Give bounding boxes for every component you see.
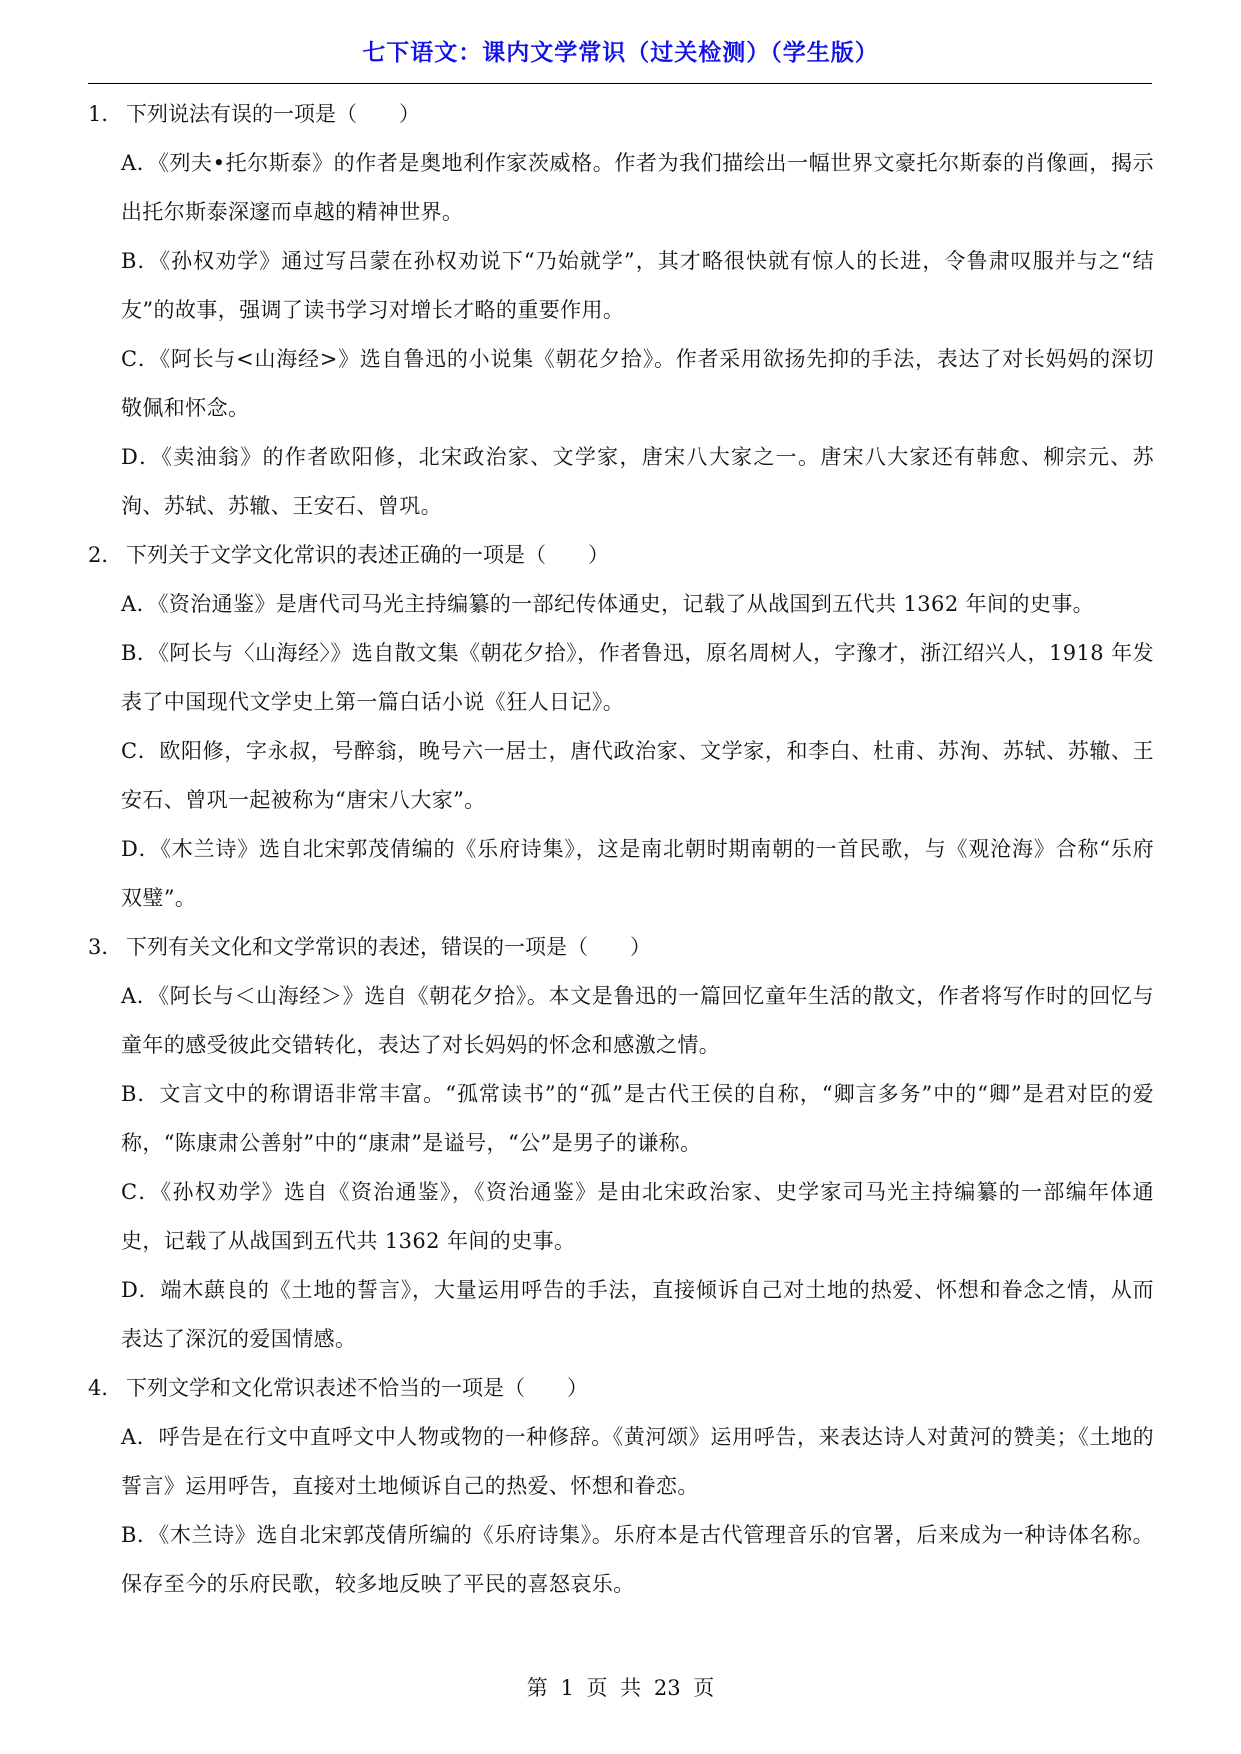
page-title: 七下语文：课内文学常识（过关检测）（学生版） — [0, 34, 1241, 67]
option-a: A．呼告是在行文中直呼文中人物或物的一种修辞。《黄河颂》运用呼告，来表达诗人对黄… — [88, 1413, 1154, 1511]
option-text: 《阿长与<山海经>》选自鲁迅的小说集《朝花夕拾》。作者采用欲扬先抑的手法，表达了… — [121, 347, 1154, 420]
option-label: C． — [121, 1180, 161, 1204]
option-text: 《资治通鉴》是唐代司马光主持编纂的一部纪传体通史，记载了从战国到五代共 1362… — [158, 592, 1094, 616]
option-label: B． — [121, 1523, 159, 1547]
option-text: 《卖油翁》的作者欧阳修，北宋政治家、文学家，唐宋八大家之一。唐宋八大家还有韩愈、… — [121, 445, 1154, 518]
option-text: 《木兰诗》选自北宋郭茂倩编的《乐府诗集》，这是南北朝时期南朝的一首民歌，与《观沧… — [121, 837, 1154, 910]
option-d: D．《卖油翁》的作者欧阳修，北宋政治家、文学家，唐宋八大家之一。唐宋八大家还有韩… — [88, 433, 1154, 531]
question-stem: 4．下列文学和文化常识表述不恰当的一项是（ ） — [88, 1364, 1154, 1413]
option-a: A．《列夫•托尔斯泰》的作者是奥地利作家茨威格。作者为我们描绘出一幅世界文豪托尔… — [88, 139, 1154, 237]
option-c: C．《孙权劝学》选自《资治通鉴》，《资治通鉴》是由北宋政治家、史学家司马光主持编… — [88, 1168, 1154, 1266]
option-text: 《阿长与〈山海经〉》选自散文集《朝花夕拾》，作者鲁迅，原名周树人，字豫才，浙江绍… — [121, 641, 1154, 714]
question-number: 2． — [88, 531, 126, 580]
question-number: 3． — [88, 923, 126, 972]
question-text: 下列文学和文化常识表述不恰当的一项是（ ） — [126, 1376, 588, 1400]
option-label: B． — [121, 1082, 159, 1106]
option-b: B．《阿长与〈山海经〉》选自散文集《朝花夕拾》，作者鲁迅，原名周树人，字豫才，浙… — [88, 629, 1154, 727]
option-label: D． — [121, 1278, 161, 1302]
question-text: 下列说法有误的一项是（ ） — [126, 102, 420, 126]
option-c: C．《阿长与<山海经>》选自鲁迅的小说集《朝花夕拾》。作者采用欲扬先抑的手法，表… — [88, 335, 1154, 433]
option-label: B． — [121, 641, 158, 665]
option-label: C． — [121, 347, 160, 371]
option-text: 文言文中的称谓语非常丰富。“孤常读书”的“孤”是古代王侯的自称，“卿言多务”中的… — [121, 1082, 1154, 1155]
option-text: 《孙权劝学》选自《资治通鉴》，《资治通鉴》是由北宋政治家、史学家司马光主持编纂的… — [121, 1180, 1154, 1253]
option-b: B．《木兰诗》选自北宋郭茂倩所编的《乐府诗集》。乐府本是古代管理音乐的官署，后来… — [88, 1511, 1154, 1609]
question-text: 下列关于文学文化常识的表述正确的一项是（ ） — [126, 543, 609, 567]
option-d: D．端木蕻良的《土地的誓言》，大量运用呼告的手法，直接倾诉自己对土地的热爱、怀想… — [88, 1266, 1154, 1364]
option-c: C．欧阳修，字永叔，号醉翁，晚号六一居士，唐代政治家、文学家，和李白、杜甫、苏洵… — [88, 727, 1154, 825]
option-text: 《阿长与＜山海经＞》选自《朝花夕拾》。本文是鲁迅的一篇回忆童年生活的散文，作者将… — [121, 984, 1154, 1057]
option-text: 《木兰诗》选自北宋郭茂倩所编的《乐府诗集》。乐府本是古代管理音乐的官署，后来成为… — [121, 1523, 1154, 1596]
option-a: A．《阿长与＜山海经＞》选自《朝花夕拾》。本文是鲁迅的一篇回忆童年生活的散文，作… — [88, 972, 1154, 1070]
option-d: D．《木兰诗》选自北宋郭茂倩编的《乐府诗集》，这是南北朝时期南朝的一首民歌，与《… — [88, 825, 1154, 923]
question-stem: 1．下列说法有误的一项是（ ） — [88, 90, 1154, 139]
question-stem: 2．下列关于文学文化常识的表述正确的一项是（ ） — [88, 531, 1154, 580]
option-text: 端木蕻良的《土地的誓言》，大量运用呼告的手法，直接倾诉自己对土地的热爱、怀想和眷… — [121, 1278, 1154, 1351]
option-a: A．《资治通鉴》是唐代司马光主持编纂的一部纪传体通史，记载了从战国到五代共 13… — [88, 580, 1154, 629]
page-number: 第 1 页 共 23 页 — [0, 1672, 1241, 1702]
option-text: 《孙权劝学》通过写吕蒙在孙权劝说下“乃始就学”，其才略很快就有惊人的长进，令鲁肃… — [121, 249, 1154, 322]
question-stem: 3．下列有关文化和文学常识的表述，错误的一项是（ ） — [88, 923, 1154, 972]
question-number: 1． — [88, 90, 126, 139]
option-text: 欧阳修，字永叔，号醉翁，晚号六一居士，唐代政治家、文学家，和李白、杜甫、苏洵、苏… — [121, 739, 1154, 812]
header-divider — [88, 83, 1152, 84]
option-label: A． — [121, 592, 158, 616]
question-1: 1．下列说法有误的一项是（ ） A．《列夫•托尔斯泰》的作者是奥地利作家茨威格。… — [88, 90, 1154, 531]
option-label: A． — [121, 984, 158, 1008]
option-b: B．文言文中的称谓语非常丰富。“孤常读书”的“孤”是古代王侯的自称，“卿言多务”… — [88, 1070, 1154, 1168]
question-list: 1．下列说法有误的一项是（ ） A．《列夫•托尔斯泰》的作者是奥地利作家茨威格。… — [88, 90, 1154, 1609]
option-label: D． — [121, 837, 160, 861]
option-label: C． — [121, 739, 159, 763]
option-label: B． — [121, 249, 160, 273]
question-text: 下列有关文化和文学常识的表述，错误的一项是（ ） — [126, 935, 651, 959]
question-2: 2．下列关于文学文化常识的表述正确的一项是（ ） A．《资治通鉴》是唐代司马光主… — [88, 531, 1154, 923]
question-3: 3．下列有关文化和文学常识的表述，错误的一项是（ ） A．《阿长与＜山海经＞》选… — [88, 923, 1154, 1364]
option-text: 呼告是在行文中直呼文中人物或物的一种修辞。《黄河颂》运用呼告，来表达诗人对黄河的… — [121, 1425, 1154, 1498]
question-4: 4．下列文学和文化常识表述不恰当的一项是（ ） A．呼告是在行文中直呼文中人物或… — [88, 1364, 1154, 1609]
option-label: D． — [121, 445, 161, 469]
option-label: A． — [121, 151, 158, 175]
question-number: 4． — [88, 1364, 126, 1413]
option-label: A． — [121, 1425, 158, 1449]
option-text: 《列夫•托尔斯泰》的作者是奥地利作家茨威格。作者为我们描绘出一幅世界文豪托尔斯泰… — [121, 151, 1154, 224]
option-b: B．《孙权劝学》通过写吕蒙在孙权劝说下“乃始就学”，其才略很快就有惊人的长进，令… — [88, 237, 1154, 335]
